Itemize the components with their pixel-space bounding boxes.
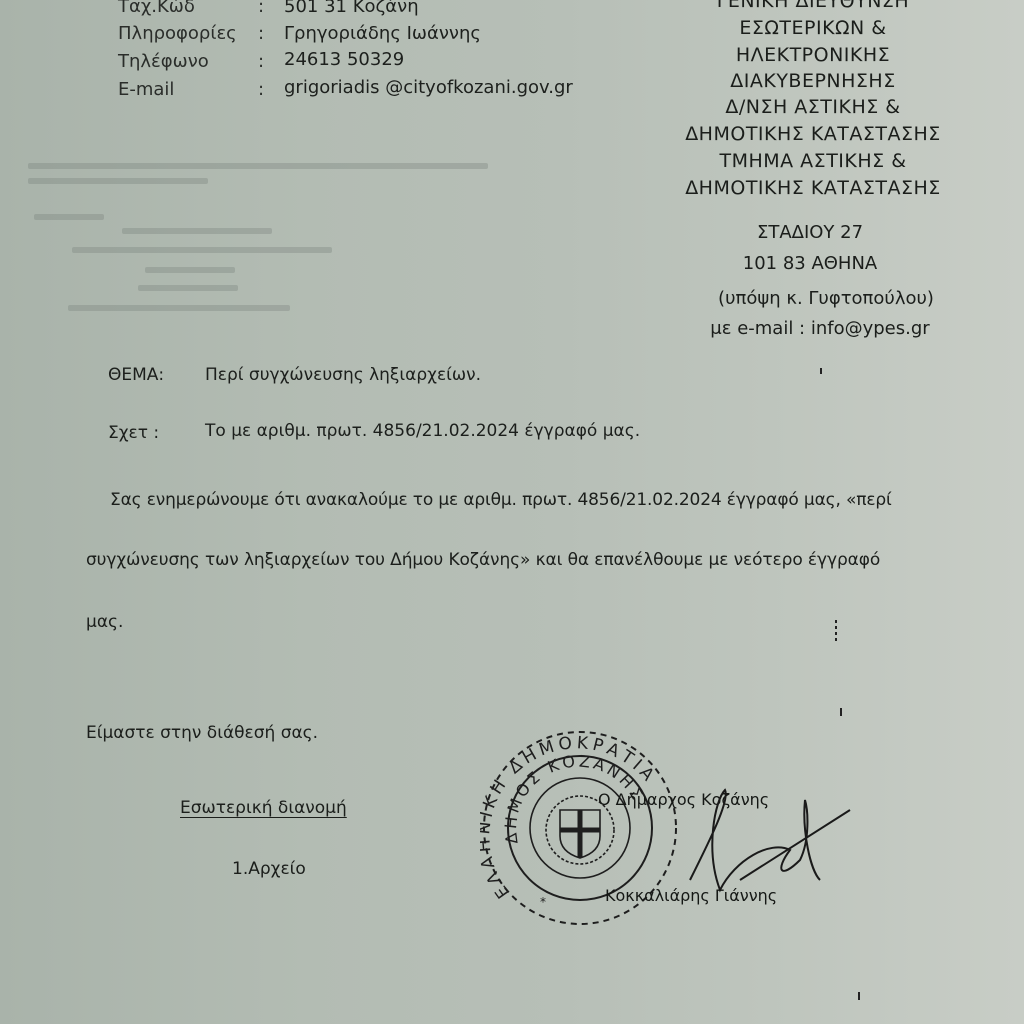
closing-text: Είμαστε στην διάθεσή σας. (86, 723, 318, 743)
recipient-line: ΓΕΝΙΚΗ ΔΙΕΥΘΥΝΣΗ (648, 0, 978, 12)
info-colon: : (258, 23, 264, 44)
body-line-3: μας. (86, 612, 123, 632)
letter-page: Ταχ.Κώδ : 501 31 Κοζάνη Πληροφορίες : Γρ… (0, 0, 1024, 1024)
recipient-line: ΔΗΜΟΤΙΚΗΣ ΚΑΤΑΣΤΑΣΗΣ (648, 177, 978, 199)
recipient-city: 101 83 ΑΘΗΝΑ (660, 253, 960, 274)
body-line-2: συγχώνευσης των ληξιαρχείων του Δήμου Κο… (86, 550, 880, 570)
recipient-line: ΕΣΩΤΕΡΙΚΩΝ & (648, 17, 978, 39)
stray-mark (858, 992, 860, 1000)
distribution-heading: Εσωτερική διανομή (180, 798, 347, 818)
stray-mark (820, 368, 822, 374)
info-label-postcode: Ταχ.Κώδ (118, 0, 195, 17)
info-colon: : (258, 0, 264, 17)
subject-text: Περί συγχώνευσης ληξιαρχείων. (205, 365, 481, 385)
stray-mark (840, 708, 842, 716)
signature-name: Κοκκαλιάρης Γιάννης (605, 886, 777, 905)
reference-text: Το με αριθμ. πρωτ. 4856/21.02.2024 έγγρα… (205, 421, 640, 441)
stray-mark (835, 620, 837, 644)
distribution-item: 1.Αρχείο (232, 859, 306, 879)
info-label-contact: Πληροφορίες (118, 23, 237, 44)
info-value-phone: 24613 50329 (284, 49, 404, 70)
info-label-phone: Τηλέφωνο (118, 51, 209, 72)
recipient-street: ΣΤΑΔΙΟΥ 27 (660, 222, 960, 243)
recipient-line: ΔΙΑΚΥΒΕΡΝΗΣΗΣ (648, 70, 978, 92)
info-value-email: grigoriadis @cityofkozani.gov.gr (284, 77, 573, 98)
info-label-email: E-mail (118, 79, 174, 100)
recipient-email: με e-mail : info@ypes.gr (670, 318, 970, 339)
recipient-line: Δ/ΝΣΗ ΑΣΤΙΚΗΣ & (648, 96, 978, 118)
recipient-line: ΔΗΜΟΤΙΚΗΣ ΚΑΤΑΣΤΑΣΗΣ (648, 123, 978, 145)
info-value-postcode: 501 31 Κοζάνη (284, 0, 419, 17)
svg-text:*: * (540, 895, 546, 909)
recipient-attention: (υπόψη κ. Γυφτοπούλου) (676, 288, 976, 309)
body-line-1: Σας ενημερώνουμε ότι ανακαλούμε το με αρ… (110, 490, 892, 510)
subject-label: ΘΕΜΑ: (108, 365, 164, 385)
info-colon: : (258, 79, 264, 100)
info-colon: : (258, 51, 264, 72)
info-value-contact: Γρηγοριάδης Ιωάννης (284, 23, 481, 44)
reference-label: Σχετ : (108, 423, 159, 443)
recipient-line: ΗΛΕΚΤΡΟΝΙΚΗΣ (648, 44, 978, 66)
recipient-line: ΤΜΗΜΑ ΑΣΤΙΚΗΣ & (648, 150, 978, 172)
handwritten-signature-icon (680, 780, 860, 900)
